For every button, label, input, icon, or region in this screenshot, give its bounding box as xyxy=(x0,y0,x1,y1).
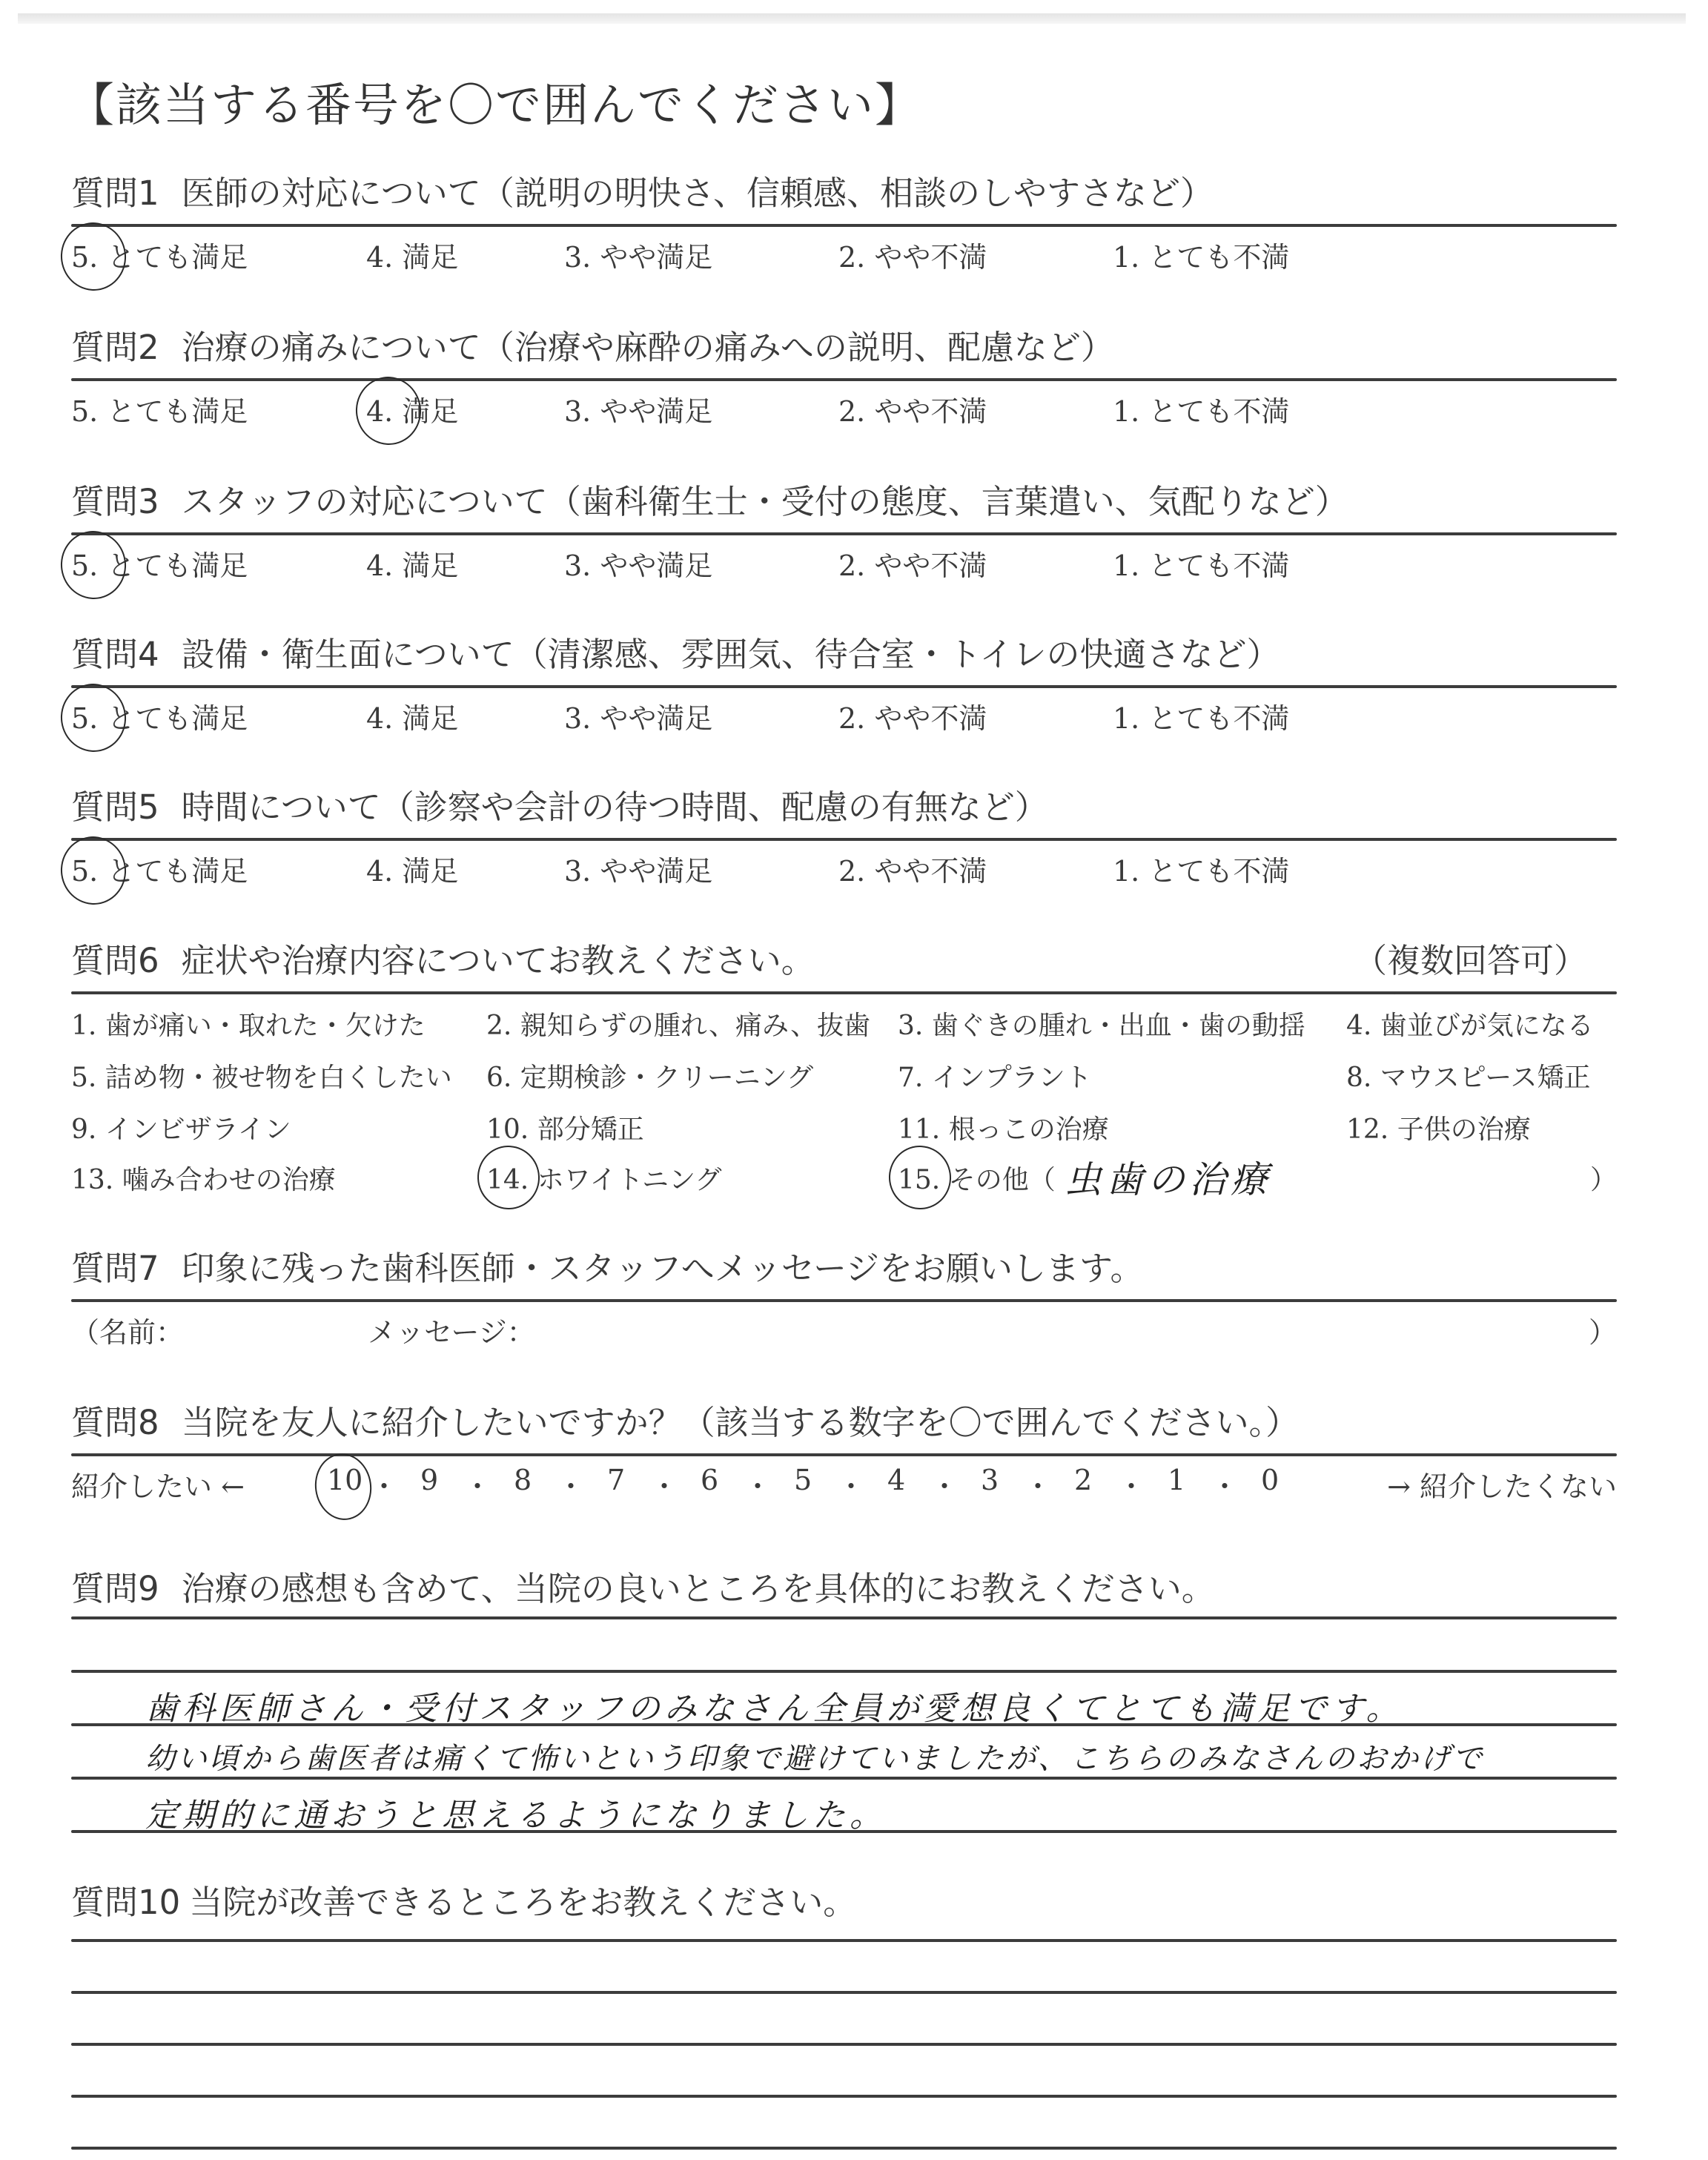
scale-separator: ・ xyxy=(557,1464,585,1505)
scale-value-7[interactable]: 7 xyxy=(607,1464,625,1496)
question-number: 質問10 xyxy=(71,1883,180,1922)
symptom-option-1[interactable]: 1. 歯が痛い・取れた・欠けた xyxy=(71,1005,426,1043)
scale-separator: ・ xyxy=(1024,1464,1052,1505)
rating-option-2[interactable]: 2. やや不満 xyxy=(838,543,987,584)
handwritten-answer-line-1: 歯科医師さん・受付スタッフのみなさん全員が愛想良くてとても満足です。 xyxy=(145,1682,1403,1729)
question-text: 印象に残った歯科医師・スタッフへメッセージをお願いします。 xyxy=(182,1249,1144,1288)
scale-separator: ・ xyxy=(1117,1464,1145,1505)
symptom-option-10[interactable]: 10. 部分矯正 xyxy=(486,1109,644,1146)
question-6-header: 質問6症状や治療内容についてお教えください。 （複数回答可） xyxy=(71,938,1617,984)
symptom-option-4[interactable]: 4. 歯並びが気になる xyxy=(1346,1005,1594,1043)
question-7: 質問7印象に残った歯科医師・スタッフへメッセージをお願いします。 （名前： メッ… xyxy=(71,1246,1617,1354)
symptom-option-11[interactable]: 11. 根っこの治療 xyxy=(898,1109,1109,1146)
divider xyxy=(71,532,1617,535)
message-field[interactable] xyxy=(546,1309,1569,1347)
question-number: 質問5 xyxy=(71,787,159,827)
rating-option-5[interactable]: 5. とても満足 xyxy=(71,389,248,429)
symptom-option-6[interactable]: 6. 定期検診・クリーニング xyxy=(486,1057,813,1094)
question-text: 治療の感想も含めて、当院の良いところを具体的にお教えください。 xyxy=(182,1569,1215,1608)
writing-line xyxy=(71,2095,1617,2098)
question-text: 治療の痛みについて（治療や麻酔の痛みへの説明、配慮など） xyxy=(182,328,1114,367)
close-paren: ） xyxy=(1590,1159,1617,1197)
message-label: メッセージ： xyxy=(368,1309,535,1350)
question-10-answer-area[interactable] xyxy=(71,1939,1617,2160)
rating-option-1[interactable]: 1. とても不満 xyxy=(1113,696,1289,736)
symptom-option-2[interactable]: 2. 親知らずの腫れ、痛み、抜歯 xyxy=(486,1005,870,1043)
question-10-header: 質問10当院が改善できるところをお教えください。 xyxy=(71,1880,1617,1926)
question-7-header: 質問7印象に残った歯科医師・スタッフへメッセージをお願いします。 xyxy=(71,1246,1617,1292)
handwritten-answer-line-2: 幼い頃から歯医者は痛くて怖いという印象で避けていましたが、こちらのみなさんのおか… xyxy=(145,1735,1484,1777)
question-2-header: 質問2治療の痛みについて（治療や麻酔の痛みへの説明、配慮など） xyxy=(71,325,1617,371)
rating-option-1[interactable]: 1. とても不満 xyxy=(1113,848,1289,889)
symptom-option-3[interactable]: 3. 歯ぐきの腫れ・出血・歯の動揺 xyxy=(898,1005,1305,1043)
form-instruction-title: 【該当する番号を〇で囲んでください】 xyxy=(68,68,922,134)
scale-separator: ・ xyxy=(930,1464,959,1505)
divider xyxy=(71,1453,1617,1456)
scale-value-9[interactable]: 9 xyxy=(420,1464,438,1496)
rating-option-3[interactable]: 3. やや満足 xyxy=(564,389,712,429)
recommendation-scale: 紹介したい ←10・9・8・7・6・5・4・3・2・1・0→ 紹介したくない xyxy=(71,1464,1617,1508)
name-label: （名前： xyxy=(71,1309,184,1350)
scale-separator: ・ xyxy=(744,1464,772,1505)
scale-value-8[interactable]: 8 xyxy=(514,1464,532,1496)
question-text: スタッフの対応について（歯科衛生士・受付の態度、言葉遣い、気配りなど） xyxy=(182,482,1348,521)
rating-option-4[interactable]: 4. 満足 xyxy=(366,848,458,889)
question-number: 質問8 xyxy=(71,1403,159,1442)
rating-option-5[interactable]: 5. とても満足 xyxy=(71,848,248,889)
scale-value-4[interactable]: 4 xyxy=(887,1464,905,1496)
question-10: 質問10当院が改善できるところをお教えください。 xyxy=(71,1880,1617,1926)
symptom-option-15[interactable]: 15. その他（ xyxy=(898,1159,1056,1197)
writing-line xyxy=(71,1991,1617,1994)
divider xyxy=(71,991,1617,994)
rating-option-1[interactable]: 1. とても不満 xyxy=(1113,543,1289,584)
question-number: 質問7 xyxy=(71,1249,159,1288)
rating-option-4[interactable]: 4. 満足 xyxy=(366,543,458,584)
question-9-header: 質問9治療の感想も含めて、当院の良いところを具体的にお教えください。 xyxy=(71,1566,1617,1612)
question-number: 質問2 xyxy=(71,328,159,367)
scale-value-1[interactable]: 1 xyxy=(1168,1464,1185,1496)
rating-option-4[interactable]: 4. 満足 xyxy=(366,234,458,275)
rating-option-4[interactable]: 4. 満足 xyxy=(366,696,458,736)
writing-line xyxy=(71,1616,1617,1619)
question-1-header: 質問1医師の対応について（説明の明快さ、信頼感、相談のしやすさなど） xyxy=(71,171,1617,217)
symptom-option-9[interactable]: 9. インビザライン xyxy=(71,1109,291,1146)
question-number: 質問6 xyxy=(71,941,159,980)
handwritten-answer-line-3: 定期的に通おうと思えるようになりました。 xyxy=(145,1789,887,1836)
rating-option-1[interactable]: 1. とても不満 xyxy=(1113,389,1289,429)
symptom-checklist: 1. 歯が痛い・取れた・欠けた2. 親知らずの腫れ、痛み、抜歯3. 歯ぐきの腫れ… xyxy=(71,1005,1617,1220)
writing-line xyxy=(71,1670,1617,1673)
rating-option-4[interactable]: 4. 満足 xyxy=(366,389,458,429)
question-3-header: 質問3スタッフの対応について（歯科衛生士・受付の態度、言葉遣い、気配りなど） xyxy=(71,479,1617,525)
other-handwritten-answer: 虫歯の治療 xyxy=(1065,1150,1272,1203)
writing-line xyxy=(71,1939,1617,1942)
symptom-option-12[interactable]: 12. 子供の治療 xyxy=(1346,1109,1531,1146)
scale-value-10[interactable]: 10 xyxy=(327,1464,363,1496)
question-2: 質問2治療の痛みについて（治療や麻酔の痛みへの説明、配慮など）5. とても満足4… xyxy=(71,325,1617,433)
symptom-option-13[interactable]: 13. 噛み合わせの治療 xyxy=(71,1159,336,1197)
scale-separator: ・ xyxy=(463,1464,491,1505)
scale-value-3[interactable]: 3 xyxy=(981,1464,999,1496)
question-text: 当院を友人に紹介したいですか？（該当する数字を〇で囲んでください。） xyxy=(182,1403,1300,1442)
scale-separator: ・ xyxy=(650,1464,678,1505)
question-6: 質問6症状や治療内容についてお教えください。 （複数回答可） 1. 歯が痛い・取… xyxy=(71,938,1617,1220)
rating-option-5[interactable]: 5. とても満足 xyxy=(71,234,248,275)
question-5: 質問5時間について（診察や会計の待つ時間、配慮の有無など）5. とても満足4. … xyxy=(71,785,1617,893)
question-number: 質問9 xyxy=(71,1569,159,1608)
scale-value-6[interactable]: 6 xyxy=(701,1464,718,1496)
writing-line xyxy=(71,2147,1617,2150)
question-text: 設備・衛生面について（清潔感、雰囲気、待合室・トイレの快適さなど） xyxy=(182,635,1280,674)
rating-option-5[interactable]: 5. とても満足 xyxy=(71,543,248,584)
writing-line xyxy=(71,2043,1617,2046)
rating-option-3[interactable]: 3. やや満足 xyxy=(564,848,712,889)
question-number: 質問1 xyxy=(71,174,159,213)
divider xyxy=(71,685,1617,688)
scan-top-edge xyxy=(18,13,1686,24)
recommend-left-label: 紹介したい ← xyxy=(71,1464,245,1505)
divider xyxy=(71,838,1617,841)
question-number: 質問3 xyxy=(71,482,159,521)
symptom-option-14[interactable]: 14. ホワイトニング xyxy=(486,1159,721,1197)
question-4-header: 質問4設備・衛生面について（清潔感、雰囲気、待合室・トイレの快適さなど） xyxy=(71,632,1617,678)
question-9: 質問9治療の感想も含めて、当院の良いところを具体的にお教えください。 xyxy=(71,1566,1617,1612)
rating-option-2[interactable]: 2. やや不満 xyxy=(838,234,987,275)
question-8-header: 質問8当院を友人に紹介したいですか？（該当する数字を〇で囲んでください。） xyxy=(71,1400,1617,1446)
question-3: 質問3スタッフの対応について（歯科衛生士・受付の態度、言葉遣い、気配りなど）5.… xyxy=(71,479,1617,587)
rating-option-2[interactable]: 2. やや不満 xyxy=(838,848,987,889)
recommend-right-label: → 紹介したくない xyxy=(1387,1464,1617,1505)
multiple-answers-note: （複数回答可） xyxy=(1354,938,1587,984)
rating-option-3[interactable]: 3. やや満足 xyxy=(564,696,712,736)
question-text: 当院が改善できるところをお教えください。 xyxy=(189,1883,856,1922)
question-text: 症状や治療内容についてお教えください。 xyxy=(182,941,815,980)
rating-option-3[interactable]: 3. やや満足 xyxy=(564,234,712,275)
question-4: 質問4設備・衛生面について（清潔感、雰囲気、待合室・トイレの快適さなど）5. と… xyxy=(71,632,1617,740)
scale-value-5[interactable]: 5 xyxy=(794,1464,812,1496)
question-9-answer-area[interactable]: 歯科医師さん・受付スタッフのみなさん全員が愛想良くてとても満足です。 幼い頃から… xyxy=(71,1616,1617,1832)
rating-option-2[interactable]: 2. やや不満 xyxy=(838,389,987,429)
symptom-option-7[interactable]: 7. インプラント xyxy=(898,1057,1092,1094)
rating-option-3[interactable]: 3. やや満足 xyxy=(564,543,712,584)
divider xyxy=(71,1299,1617,1302)
scale-separator: ・ xyxy=(837,1464,865,1505)
scale-value-0[interactable]: 0 xyxy=(1261,1464,1279,1496)
divider xyxy=(71,224,1617,227)
rating-option-5[interactable]: 5. とても満足 xyxy=(71,696,248,736)
rating-option-1[interactable]: 1. とても不満 xyxy=(1113,234,1289,275)
question-5-header: 質問5時間について（診察や会計の待つ時間、配慮の有無など） xyxy=(71,785,1617,830)
close-paren: ） xyxy=(1589,1309,1617,1350)
symptom-option-5[interactable]: 5. 詰め物・被せ物を白くしたい xyxy=(71,1057,452,1094)
symptom-option-8[interactable]: 8. マウスピース矯正 xyxy=(1346,1057,1590,1094)
question-text: 時間について（診察や会計の待つ時間、配慮の有無など） xyxy=(182,787,1048,827)
question-text: 医師の対応について（説明の明快さ、信頼感、相談のしやすさなど） xyxy=(182,174,1214,213)
question-number: 質問4 xyxy=(71,635,159,674)
question-1: 質問1医師の対応について（説明の明快さ、信頼感、相談のしやすさなど）5. とても… xyxy=(71,171,1617,279)
rating-option-2[interactable]: 2. やや不満 xyxy=(838,696,987,736)
scale-value-2[interactable]: 2 xyxy=(1074,1464,1092,1496)
scale-separator: ・ xyxy=(370,1464,398,1505)
question-8: 質問8当院を友人に紹介したいですか？（該当する数字を〇で囲んでください。） 紹介… xyxy=(71,1400,1617,1508)
divider xyxy=(71,378,1617,381)
scale-separator: ・ xyxy=(1211,1464,1239,1505)
